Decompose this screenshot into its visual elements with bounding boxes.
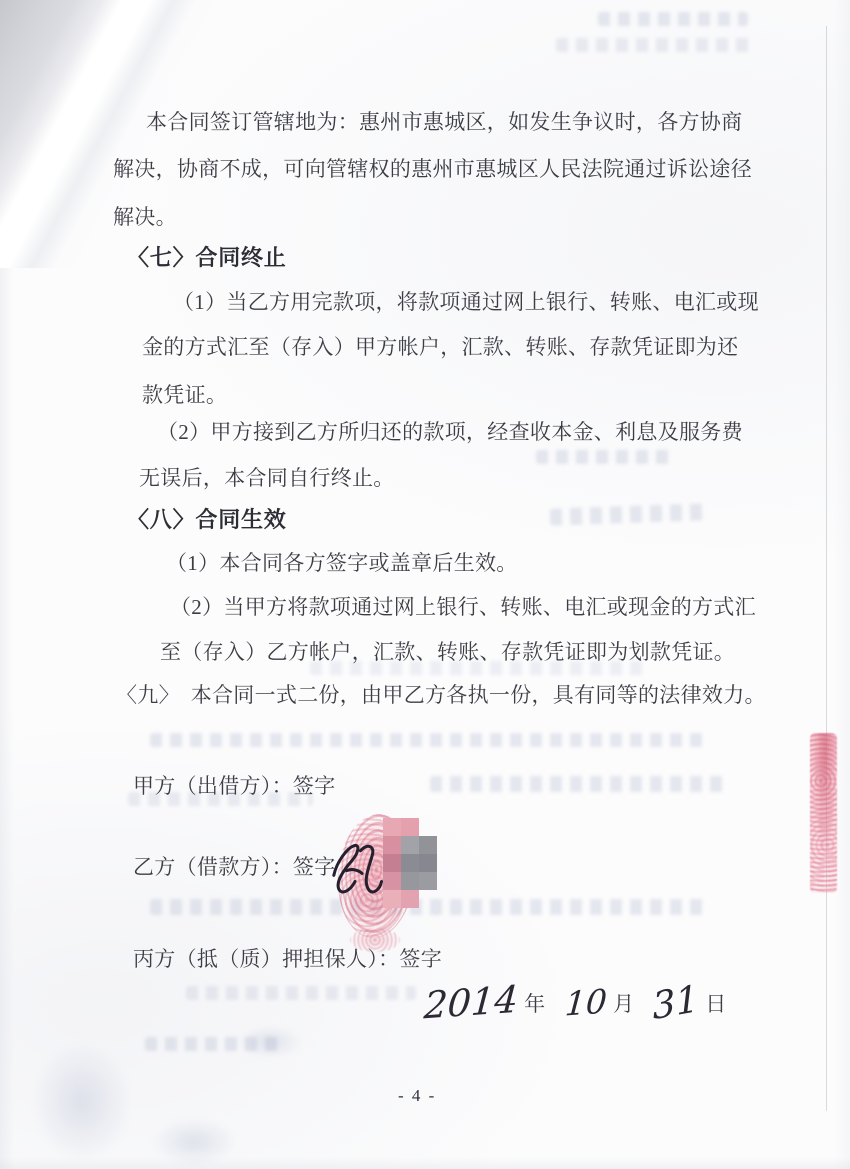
party-b-signature-label: 乙方（借款方）：签字 <box>133 851 336 881</box>
date-line: 2014 年 10 月 31 日 <box>424 984 726 1021</box>
contract-line: 款凭证。 <box>142 379 227 409</box>
contract-line: 解决，协商不成，可向管辖权的惠州市惠城区人民法院通过诉讼途径 <box>113 153 752 183</box>
year-unit-label: 年 <box>524 988 545 1018</box>
section-heading-7: 〈七〉合同终止 <box>127 241 287 272</box>
contract-line: 金的方式汇至（存入）甲方帐户，汇款、转账、存款凭证即为还 <box>142 331 738 361</box>
handwritten-year: 2014 <box>423 981 520 1025</box>
contract-line: 无误后，本合同自行终止。 <box>139 462 395 492</box>
bleed-through-mark <box>186 986 416 1000</box>
contract-line: （1）当乙方用完款项，将款项通过网上银行、转账、电汇或现 <box>173 286 759 316</box>
bleed-through-mark <box>550 503 705 525</box>
contract-line: （2）甲方接到乙方所归还的款项，经查收本金、利息及服务费 <box>157 416 743 446</box>
bleed-through-mark <box>536 450 676 464</box>
handwritten-day: 31 <box>651 980 700 1025</box>
handwritten-signature <box>321 828 392 910</box>
party-a-signature-label: 甲方（出借方）：签字 <box>133 770 336 800</box>
contract-line: 本合同签订管辖地为：惠州市惠城区，如发生争议时，各方协商 <box>146 106 742 136</box>
section-heading-8: 〈八〉合同生效 <box>127 503 287 534</box>
bleed-through-mark <box>150 733 710 747</box>
bleed-through-blob <box>238 1026 302 1058</box>
page-number: - 4 - <box>398 1086 436 1106</box>
pixelated-censor-block <box>383 818 401 836</box>
contract-line: 解决。 <box>113 201 177 231</box>
bleed-through-blob <box>32 1042 132 1162</box>
paper-edge-line <box>826 26 827 1111</box>
scanned-contract-page: 本合同签订管辖地为：惠州市惠城区，如发生争议时，各方协商 解决，协商不成，可向管… <box>0 0 850 1169</box>
bleed-through-mark <box>598 12 748 26</box>
bleed-through-mark <box>150 899 710 915</box>
bleed-through-blob <box>152 1118 237 1166</box>
contract-line: （2）当甲方将款项通过网上银行、转账、电汇或现金的方式汇 <box>170 591 756 621</box>
month-unit-label: 月 <box>613 988 634 1018</box>
contract-line: （1）本合同各方签字或盖章后生效。 <box>166 547 518 577</box>
handwritten-month: 10 <box>564 984 608 1020</box>
bleed-through-mark <box>430 776 725 792</box>
red-fingerprint-seal-tail <box>350 928 400 952</box>
section-line-9: 〈九〉 本合同一式二份，由甲乙方各执一份，具有同等的法律效力。 <box>116 679 766 709</box>
red-ink-edge-smudge <box>810 733 837 893</box>
day-unit-label: 日 <box>705 988 726 1018</box>
party-c-signature-label: 丙方（抵（质）押担保人）：签字 <box>133 943 442 973</box>
bleed-through-mark <box>556 38 751 52</box>
contract-line: 至（存入）乙方帐户，汇款、转账、存款凭证即为划款凭证。 <box>160 636 735 666</box>
